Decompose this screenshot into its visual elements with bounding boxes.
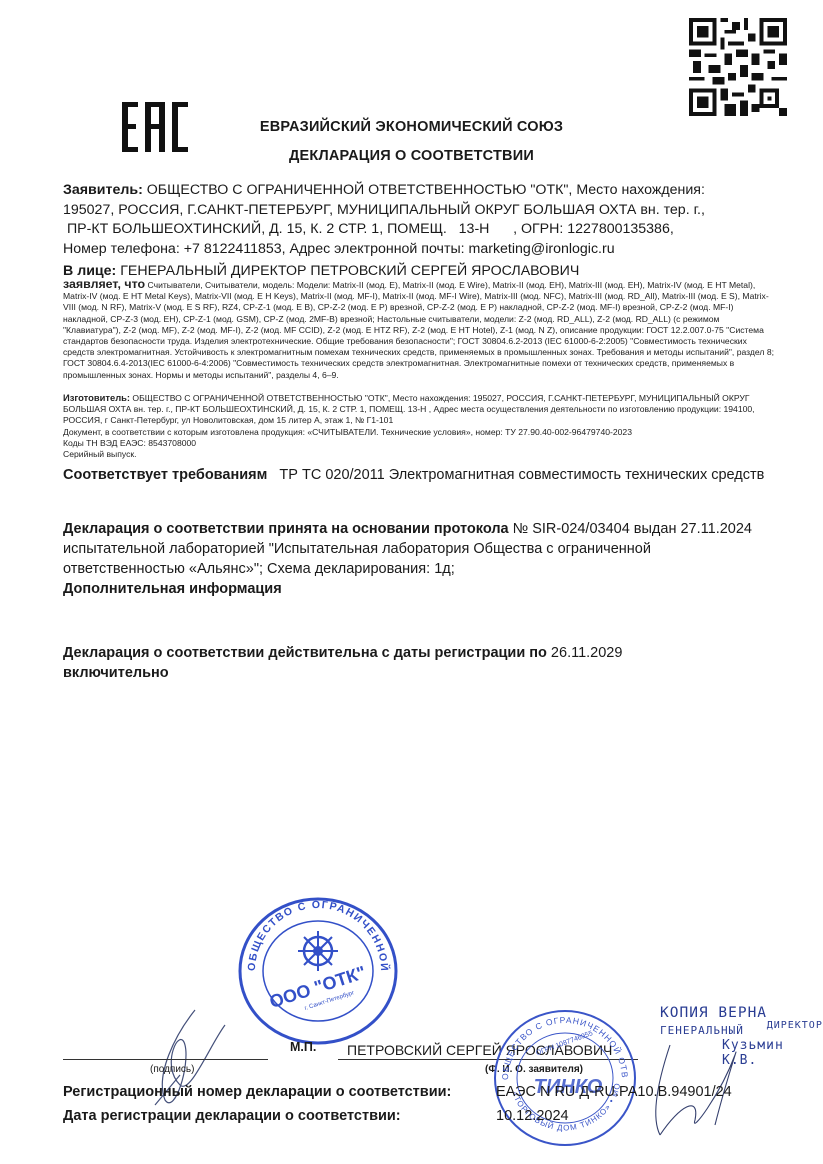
copy-verified-label: КОПИЯ ВЕРНА (660, 1005, 823, 1021)
validity-section: Декларация о соответствии действительна … (63, 643, 773, 683)
declares-text: Считыватели, Считыватели, модель: Модели… (63, 280, 774, 380)
registration-date-value: 10.12.2024 (496, 1108, 569, 1124)
validity-suffix: включительно (63, 665, 169, 681)
manufacturer-document: Документ, в соответствии с которым изгот… (63, 427, 775, 438)
applicant-line4: Номер телефона: +7 8122411853, Адрес эле… (63, 240, 773, 260)
signature-caption: (подпись) (150, 1064, 194, 1075)
qr-code-icon (688, 18, 788, 116)
otk-company-stamp: ОБЩЕСТВО С ОГРАНИЧЕННОЙ ООО "ОТК" г. Сан… (233, 893, 403, 1048)
manufacturer-text: ОБЩЕСТВО С ОГРАНИЧЕННОЙ ОТВЕТСТВЕННОСТЬЮ… (63, 393, 755, 425)
basis-section: Декларация о соответствии принята на осн… (63, 519, 773, 579)
hs-codes: Коды ТН ВЭД ЕАЭС: 8543708000 (63, 438, 775, 449)
declares-label: заявляет, что (63, 277, 145, 291)
stamp-place-label: М.П. (290, 1040, 316, 1054)
applicant-label: Заявитель: (63, 182, 143, 198)
additional-info-label: Дополнительная информация (63, 581, 282, 597)
manufacturer-label: Изготовитель: (63, 392, 130, 403)
applicant-line3: ПР-КТ БОЛЬШЕОХТИНСКИЙ, Д. 15, К. 2 СТР. … (63, 220, 773, 240)
document-title: ДЕКЛАРАЦИЯ О СООТВЕТСТВИИ (0, 148, 823, 164)
svg-text:ОГРН 1087746955: ОГРН 1087746955 (535, 1030, 594, 1057)
union-heading: ЕВРАЗИЙСКИЙ ЭКОНОМИЧЕСКИЙ СОЮЗ (0, 119, 823, 135)
applicant-line2: 195027, РОССИЯ, Г.САНКТ-ПЕТЕРБУРГ, МУНИЦ… (63, 201, 773, 221)
basis-label: Декларация о соответствии принята на осн… (63, 521, 509, 537)
serial-release: Серийный выпуск. (63, 449, 775, 460)
conforms-label: Соответствует требованиям (63, 467, 267, 483)
represented-value: ГЕНЕРАЛЬНЫЙ ДИРЕКТОР ПЕТРОВСКИЙ СЕРГЕЙ Я… (116, 263, 579, 279)
registration-date-label: Дата регистрации декларации о соответств… (63, 1108, 401, 1124)
additional-info-heading: Дополнительная информация (63, 580, 773, 600)
applicant-line1: ОБЩЕСТВО С ОГРАНИЧЕННОЙ ОТВЕТСТВЕННОСТЬЮ… (143, 182, 705, 198)
conforms-value: ТР ТС 020/2011 Электромагнитная совмести… (267, 467, 764, 483)
manufacturer-section: Изготовитель: ОБЩЕСТВО С ОГРАНИЧЕННОЙ ОТ… (63, 392, 775, 460)
conforms-section: Соответствует требованиям ТР ТС 020/2011… (63, 465, 773, 485)
declares-section: заявляет, что Считыватели, Считыватели, … (63, 279, 775, 381)
registration-number-value: ЕАЭС N RU Д-RU.РА10.В.94901/24 (496, 1084, 732, 1100)
registration-number-label: Регистрационный номер декларации о соотв… (63, 1084, 451, 1100)
copy-director-label: ДИРЕКТОР (767, 1020, 823, 1031)
validity-label: Декларация о соответствии действительна … (63, 645, 547, 661)
validity-date: 26.11.2029 (547, 645, 623, 661)
tinko-copy-stamp: ОБЩЕСТВО С ОГРАНИЧЕННОЙ ОТВЕТСТВЕННОСТЬЮ… (490, 1005, 640, 1150)
signature-line (63, 1059, 268, 1060)
applicant-section: Заявитель: ОБЩЕСТВО С ОГРАНИЧЕННОЙ ОТВЕТ… (63, 181, 773, 282)
